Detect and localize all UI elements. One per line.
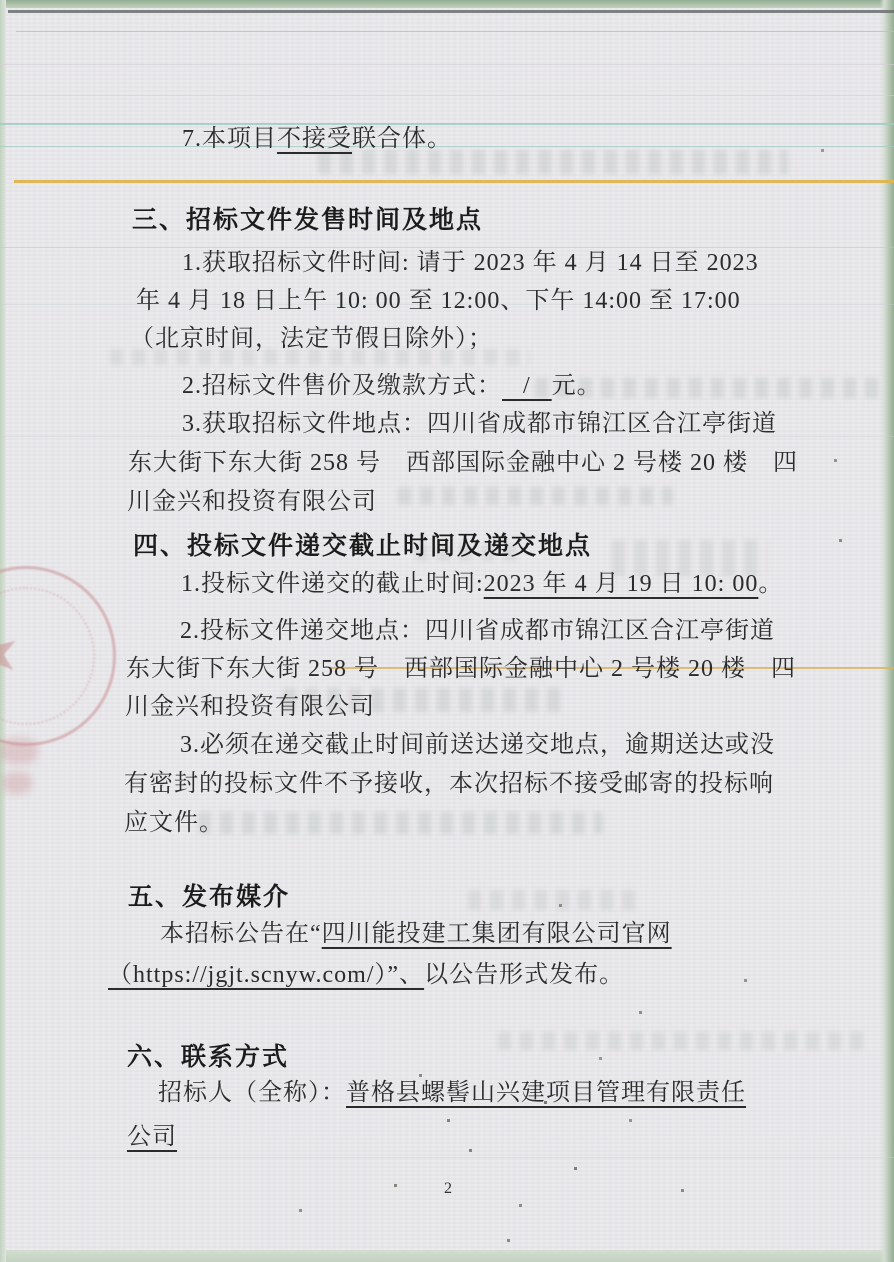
scan-line-dark [8, 10, 894, 13]
s3-p2-prefix: 2.招标文件售价及缴款方式： [182, 373, 502, 399]
scan-line-faint [0, 95, 894, 96]
clause-7-suffix: 联合体。 [352, 126, 452, 152]
bleedthrough-ghost [318, 150, 788, 174]
s5-p1-prefix: 本招标公告在“ [160, 921, 322, 947]
s5-p1-line1: 本招标公告在“四川能投建工集团有限公司官网 [160, 921, 672, 949]
s3-p2-line: 2.招标文件售价及缴款方式： / 元。 [182, 373, 602, 401]
s5-p1-line2: （https://jgjt.scnyw.com/）”、以公告形式发布。 [108, 962, 624, 990]
bleedthrough-ghost [198, 812, 603, 834]
scan-edge-top [0, 0, 894, 8]
s6-bidder-name: 普格县螺髻山兴建项目管理有限责任 [346, 1080, 746, 1106]
scan-line-faint [0, 247, 894, 248]
scan-edge-right [880, 0, 894, 1262]
page-number: 2 [444, 1180, 452, 1198]
s4-p3-line2: 有密封的投标文件不予接收，本次招标不接受邮寄的投标响 [124, 771, 774, 799]
bleedthrough-ghost [468, 890, 638, 910]
s3-p1-line3: （北京时间，法定节假日除外）； [130, 326, 493, 354]
s4-p1-suffix: 。 [758, 571, 783, 597]
official-seal: ★ [0, 566, 116, 746]
s3-p2-suffix: 元。 [552, 373, 602, 399]
s4-p3-line1: 3.必须在递交截止时间前送达递交地点，逾期送达或没 [180, 732, 775, 760]
dust-specks [0, 0, 1, 1]
scan-line-yellow [14, 180, 894, 183]
s6-bidder-label: 招标人（全称）： [158, 1080, 346, 1106]
scan-line-teal [0, 123, 894, 125]
s6-p1-line2: 公司 [127, 1124, 177, 1152]
section-6-heading: 六、联系方式 [127, 1043, 289, 1072]
scan-line-faint [0, 1157, 894, 1158]
scan-edge-bottom [0, 1250, 894, 1262]
s6-p1-line1: 招标人（全称）：普格县螺髻山兴建项目管理有限责任 [158, 1080, 746, 1108]
section-4-heading: 四、投标文件递交截止时间及递交地点 [133, 532, 592, 561]
s6-bidder-name-cont: 公司 [127, 1124, 177, 1150]
section-5-heading: 五、发布媒介 [128, 883, 290, 912]
s4-p3-line3: 应文件。 [124, 810, 224, 838]
s3-p3-line2: 东大街下东大街 258 号 西部国际金融中心 2 号楼 20 楼 四 [128, 450, 798, 478]
bleedthrough-ghost [398, 487, 673, 505]
s4-p2-line2: 东大街下东大街 258 号 西部国际金融中心 2 号楼 20 楼 四 [126, 656, 796, 684]
scan-line-faint [0, 64, 894, 65]
s3-p2-blank: / [502, 373, 552, 399]
s3-p3-line1: 3.获取招标文件地点：四川省成都市锦江区合江亭街道 [182, 411, 777, 439]
bleedthrough-ghost [498, 1032, 868, 1050]
s4-p1-line: 1.投标文件递交的截止时间:2023 年 4 月 19 日 10: 00。 [181, 571, 783, 599]
s3-p1-line2: 年 4 月 18 日上午 10: 00 至 12:00、下午 14:00 至 1… [136, 288, 741, 316]
seal-smudge [2, 772, 32, 794]
s3-p1-line1: 1.获取招标文件时间: 请于 2023 年 4 月 14 日至 2023 [182, 250, 759, 278]
s4-p1-prefix: 1.投标文件递交的截止时间: [181, 571, 484, 597]
s4-p2-line1: 2.投标文件递交地点：四川省成都市锦江区合江亭街道 [180, 618, 775, 646]
clause-7-prefix: 7.本项目 [182, 126, 277, 152]
s5-website-url: （https://jgjt.scnyw.com/）”、 [108, 962, 424, 988]
s5-p1-suffix: 以公告形式发布。 [424, 962, 624, 988]
s4-p2-line3: 川金兴和投资有限公司 [125, 694, 375, 722]
section-3-heading: 三、招标文件发售时间及地点 [132, 206, 483, 235]
clause-7-line: 7.本项目不接受联合体。 [182, 126, 452, 154]
scan-line-pink [16, 31, 894, 32]
s5-website-name: 四川能投建工集团有限公司官网 [322, 921, 672, 947]
seal-smudge [0, 738, 38, 764]
s4-p1-underlined: 2023 年 4 月 19 日 10: 00 [484, 571, 759, 597]
clause-7-underlined: 不接受 [277, 126, 352, 152]
s3-p3-line3: 川金兴和投资有限公司 [127, 489, 377, 517]
